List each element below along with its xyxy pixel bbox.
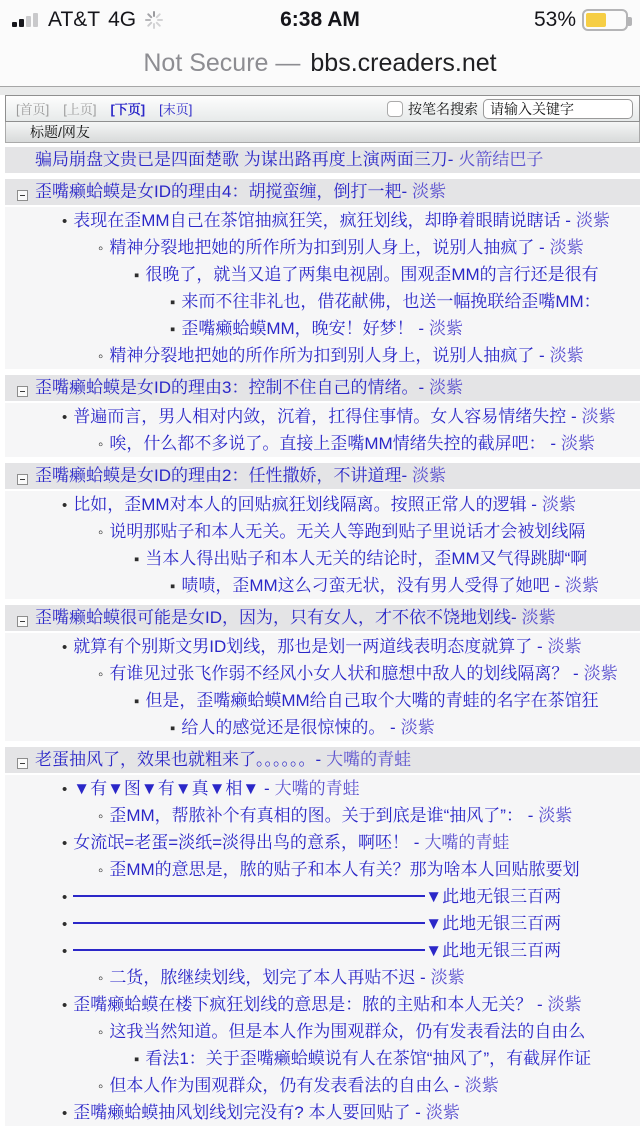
author-link[interactable]: 淡紫 [542, 495, 576, 514]
reply-row[interactable]: ◦精神分裂地把她的所作所为扣到别人身上，说别人抽疯了 -淡紫 [5, 234, 640, 261]
author-link[interactable]: 淡紫 [561, 434, 595, 453]
author-link[interactable]: 大嘴的青蛙 [275, 779, 360, 798]
post-link[interactable]: 普遍而言，男人相对内敛，沉着，扛得住事情。女人容易情绪失控 - [73, 407, 576, 426]
post-link[interactable]: 啧啧，歪MM这么刁蛮无状，没有男人受得了她吧 - [181, 576, 560, 595]
post-link[interactable]: 这我当然知道。但是本人作为围观群众，仍有发表看法的自由么 [109, 1022, 585, 1041]
section-row[interactable]: 歪嘴癞蛤蟆是女ID的理由4：胡搅蛮缠，倒打一耙-淡紫 [5, 179, 640, 205]
post-link[interactable]: 歪嘴癞蛤蟆MM，晚安！好梦！ - [181, 319, 424, 338]
post-link[interactable]: 看法1：关于歪嘴癞蛤蟆说有人在茶馆“抽风了”，有截屏作证 [145, 1049, 591, 1068]
post-link[interactable]: 歪嘴癞蛤蟆抽风划线划完没有? 本人要回贴了 - [73, 1103, 421, 1122]
author-link[interactable]: 淡紫 [429, 319, 463, 338]
battery-fill [586, 13, 606, 27]
author-link[interactable]: 淡紫 [465, 1076, 499, 1095]
reply-row[interactable]: ▪来而不往非礼也，借花献佛，也送一幅挽联给歪嘴MM： [5, 288, 640, 315]
post-link[interactable]: 很晚了，就当又追了两集电视剧。围观歪MM的言行还是很有 [145, 265, 598, 284]
bullet-icon: ▪ [170, 573, 175, 599]
post-link[interactable]: 但是，歪嘴癞蛤蟆MM给自己取个大嘴的青蛙的名字在茶馆狂 [145, 691, 598, 710]
bullet-icon: ▪ [134, 688, 139, 714]
bullet-icon: ▪ [170, 715, 175, 741]
address-bar[interactable]: Not Secure — bbs.creaders.net [0, 40, 640, 86]
author-link[interactable]: 大嘴的青蛙 [326, 750, 411, 769]
bullet-icon: • [62, 830, 67, 856]
author-link[interactable]: 大嘴的青蛙 [424, 833, 509, 852]
signal-bar [33, 13, 38, 27]
reply-row[interactable]: •▼有▼图▼有▼真▼相▼ -大嘴的青蛙 [5, 775, 640, 802]
author-link[interactable]: 淡紫 [582, 407, 616, 426]
author-link[interactable]: 淡紫 [426, 1103, 460, 1122]
author-link[interactable]: 淡紫 [538, 806, 572, 825]
post-link[interactable]: 老蛋抽风了，效果也就粗来了。。。。。。- [35, 750, 321, 769]
post-link[interactable]: 来而不往非礼也，借花献佛，也送一幅挽联给歪嘴MM： [181, 292, 600, 311]
reply-row[interactable]: ◦歪MM的意思是，脓的贴子和本人有关？那为啥本人回贴脓要划 [5, 856, 640, 883]
reply-row[interactable]: ◦有谁见过张飞作弱不经风小女人状和臆想中敌人的划线隔离？ -淡紫 [5, 660, 640, 687]
bullet-icon: • [62, 492, 67, 518]
section-row[interactable]: 歪嘴癞蛤蟆是女ID的理由2：任性撒娇，不讲道理-淡紫 [5, 463, 640, 489]
author-link[interactable]: 淡紫 [548, 637, 582, 656]
bullet-icon: • [62, 911, 67, 937]
bullet-icon: ◦ [98, 431, 103, 457]
bullet-icon: ▪ [170, 289, 175, 315]
post-link[interactable]: 歪MM，帮脓补个有真相的图。关于到底是谁“抽风了”： - [109, 806, 533, 825]
reply-row[interactable]: ▪歪嘴癞蛤蟆MM，晚安！好梦！ -淡紫 [5, 315, 640, 342]
bullet-icon: ▪ [134, 1046, 139, 1072]
reply-row[interactable]: •就算有个别斯文男ID划线，那也是划一两道线表明态度就算了 -淡紫 [5, 633, 640, 660]
signal-strength-icon [12, 13, 38, 27]
post-link[interactable]: ▼此地无银三百两 [425, 887, 561, 906]
author-link[interactable]: 火箭结巴子 [458, 150, 543, 169]
reply-row[interactable]: ▪很晚了，就当又追了两集电视剧。围观歪MM的言行还是很有 [5, 261, 640, 288]
bullet-icon: ▪ [134, 546, 139, 572]
reply-row[interactable]: •普遍而言，男人相对内敛，沉着，扛得住事情。女人容易情绪失控 -淡紫 [5, 403, 640, 430]
author-link[interactable]: 淡紫 [429, 378, 463, 397]
reply-row[interactable]: •女流氓=老蛋=淡纸=淡得出鸟的意系，啊呸！ -大嘴的青蛙 [5, 829, 640, 856]
bullet-icon: ◦ [98, 1019, 103, 1045]
post-link[interactable]: 二货，脓继续划线，划完了本人再贴不迟 - [109, 968, 425, 987]
bullet-icon: • [62, 938, 67, 964]
status-bar: AT&T 4G 6:38 AM 53% [0, 0, 640, 40]
forum-toolbar: [首页][上页][下页][末页] 按笔名搜索 [5, 95, 640, 122]
post-link[interactable]: 就算有个别斯文男ID划线，那也是划一两道线表明态度就算了 - [73, 637, 542, 656]
bullet-icon: ▪ [134, 262, 139, 288]
divider-row[interactable]: •▼此地无银三百两 [5, 910, 640, 937]
bullet-icon: ◦ [98, 965, 103, 991]
reply-row[interactable]: ▪当本人得出贴子和本人无关的结论时，歪MM又气得跳脚“啊 [5, 545, 640, 572]
post-link[interactable]: 比如，歪MM对本人的回贴疯狂划线隔离。按照正常人的逻辑 - [73, 495, 537, 514]
battery-nub [628, 17, 632, 26]
bullet-icon: ◦ [98, 235, 103, 261]
bullet-icon: ◦ [98, 661, 103, 687]
post-link[interactable]: ▼此地无银三百两 [425, 941, 561, 960]
author-link[interactable]: 淡紫 [401, 718, 435, 737]
reply-row[interactable]: ◦唉，什么都不多说了。直接上歪嘴MM情绪失控的截屏吧： -淡紫 [5, 430, 640, 457]
author-link[interactable]: 淡紫 [412, 182, 446, 201]
collapse-icon[interactable] [17, 190, 28, 201]
reply-row[interactable]: ◦精神分裂地把她的所作所为扣到别人身上，说别人抽疯了 -淡紫 [5, 342, 640, 369]
bullet-icon: ◦ [98, 857, 103, 883]
post-link[interactable]: 歪嘴癞蛤蟆是女ID的理由4：胡搅蛮缠，倒打一耙- [35, 182, 407, 201]
post-link[interactable]: 给人的感觉还是很惊悚的。 - [181, 718, 395, 737]
reply-row[interactable]: ◦二货，脓继续划线，划完了本人再贴不迟 -淡紫 [5, 964, 640, 991]
post-link[interactable]: 骗局崩盘文贵已是四面楚歌 为谋出路再度上演两面三刀- [35, 150, 453, 169]
collapse-icon[interactable] [17, 616, 28, 627]
reply-row[interactable]: ▪但是，歪嘴癞蛤蟆MM给自己取个大嘴的青蛙的名字在茶馆狂 [5, 687, 640, 714]
divider-row[interactable]: •▼此地无银三百两 [5, 883, 640, 910]
bullet-icon: ◦ [98, 1073, 103, 1099]
divider-row[interactable]: •▼此地无银三百两 [5, 937, 640, 964]
author-link[interactable]: 淡紫 [550, 238, 584, 257]
pagination-nav: [首页][上页][下页][末页] [12, 99, 192, 118]
nav-link-last[interactable]: [末页] [159, 99, 192, 118]
bullet-icon: • [62, 884, 67, 910]
bullet-icon: • [62, 404, 67, 430]
list-column-header: 标题/网友 [5, 122, 640, 143]
signal-bar [12, 22, 17, 27]
reply-row[interactable]: •比如，歪MM对本人的回贴疯狂划线隔离。按照正常人的逻辑 -淡紫 [5, 491, 640, 518]
bullet-icon: • [62, 1100, 67, 1126]
post-link[interactable]: 当本人得出贴子和本人无关的结论时，歪MM又气得跳脚“啊 [145, 549, 587, 568]
post-link[interactable]: ▼此地无银三百两 [425, 914, 561, 933]
reply-row[interactable]: ◦说明那贴子和本人无关。无关人等跑到贴子里说话才会被划线隔 [5, 518, 640, 545]
carrier-label: AT&T [48, 8, 100, 32]
bullet-icon: • [62, 992, 67, 1018]
post-link[interactable]: 歪嘴癞蛤蟆很可能是女ID，因为，只有女人，才不依不饶地划线- [35, 608, 517, 627]
author-link[interactable]: 淡紫 [431, 968, 465, 987]
collapse-icon[interactable] [17, 386, 28, 397]
post-link[interactable]: 歪嘴癞蛤蟆在楼下疯狂划线的意思是：脓的主贴和本人无关？ - [73, 995, 542, 1014]
site-domain: bbs.creaders.net [310, 49, 496, 78]
post-link[interactable]: 有谁见过张飞作弱不经风小女人状和臆想中敌人的划线隔离？ - [109, 664, 578, 683]
reply-row[interactable]: ▪啧啧，歪MM这么刁蛮无状，没有男人受得了她吧 -淡紫 [5, 572, 640, 599]
nav-link-next[interactable]: [下页] [110, 99, 145, 118]
post-link[interactable]: 精神分裂地把她的所作所为扣到别人身上，说别人抽疯了 - [109, 346, 544, 365]
post-link[interactable]: 精神分裂地把她的所作所为扣到别人身上，说别人抽疯了 - [109, 238, 544, 257]
search-by-name-checkbox[interactable] [387, 101, 403, 117]
battery-percent: 53% [534, 8, 576, 32]
author-link[interactable]: 淡紫 [548, 995, 582, 1014]
loading-spinner-icon [144, 10, 164, 30]
search-keyword-input[interactable] [483, 99, 633, 119]
bullet-icon: • [62, 776, 67, 802]
not-secure-label: Not Secure — [143, 49, 300, 78]
reply-row[interactable]: ◦这我当然知道。但是本人作为围观群众，仍有发表看法的自由么 [5, 1018, 640, 1045]
post-link[interactable]: 但本人作为围观群众，仍有发表看法的自由么 - [109, 1076, 459, 1095]
section-row[interactable]: 歪嘴癞蛤蟆很可能是女ID，因为，只有女人，才不依不饶地划线-淡紫 [5, 605, 640, 631]
bullet-icon: ▪ [170, 316, 175, 342]
author-link[interactable]: 淡紫 [565, 576, 599, 595]
bullet-icon: ◦ [98, 519, 103, 545]
reply-row[interactable]: •表现在歪MM自己在茶馆抽疯狂笑，疯狂划线，却睁着眼睛说瞎话 -淡紫 [5, 207, 640, 234]
bullet-icon: • [62, 634, 67, 660]
nav-link-prev[interactable]: [上页] [63, 99, 96, 118]
post-link[interactable]: 表现在歪MM自己在茶馆抽疯狂笑，疯狂划线，却睁着眼睛说瞎话 - [73, 211, 571, 230]
post-link[interactable]: ▼有▼图▼有▼真▼相▼ - [73, 779, 269, 798]
dash-line [73, 949, 425, 951]
browser-chrome: AT&T 4G 6:38 AM 53% Not Secure — bbs.cre… [0, 0, 640, 87]
author-link[interactable]: 淡紫 [550, 346, 584, 365]
bullet-icon: ◦ [98, 343, 103, 369]
thread-list: 骗局崩盘文贵已是四面楚歌 为谋出路再度上演两面三刀-火箭结巴子歪嘴癞蛤蟆是女ID… [5, 147, 640, 1126]
page-top-strip [0, 87, 640, 95]
collapse-icon[interactable] [17, 474, 28, 485]
collapse-icon[interactable] [17, 758, 28, 769]
post-link[interactable]: 歪MM的意思是，脓的贴子和本人有关？那为啥本人回贴脓要划 [109, 860, 579, 879]
reply-row[interactable]: ▪给人的感觉还是很惊悚的。 -淡紫 [5, 714, 640, 741]
author-link[interactable]: 淡紫 [576, 211, 610, 230]
reply-row[interactable]: ▪看法1：关于歪嘴癞蛤蟆说有人在茶馆“抽风了”，有截屏作证 [5, 1045, 640, 1072]
signal-bar [19, 19, 24, 27]
network-type-label: 4G [108, 8, 136, 32]
post-link[interactable]: 唉，什么都不多说了。直接上歪嘴MM情绪失控的截屏吧： - [109, 434, 556, 453]
reply-row[interactable]: •歪嘴癞蛤蟆在楼下疯狂划线的意思是：脓的主贴和本人无关？ -淡紫 [5, 991, 640, 1018]
bullet-icon: ◦ [98, 803, 103, 829]
dash-line [73, 922, 425, 924]
section-row[interactable]: 老蛋抽风了，效果也就粗来了。。。。。。-大嘴的青蛙 [5, 747, 640, 773]
post-link[interactable]: 歪嘴癞蛤蟆是女ID的理由3：控制不住自己的情绪。- [35, 378, 424, 397]
reply-row[interactable]: ◦歪MM，帮脓补个有真相的图。关于到底是谁“抽风了”： -淡紫 [5, 802, 640, 829]
battery-icon [582, 9, 628, 31]
post-link[interactable]: 说明那贴子和本人无关。无关人等跑到贴子里说话才会被划线隔 [109, 522, 585, 541]
post-link[interactable]: 歪嘴癞蛤蟆是女ID的理由2：任性撒娇，不讲道理- [35, 466, 407, 485]
thread-row[interactable]: 骗局崩盘文贵已是四面楚歌 为谋出路再度上演两面三刀-火箭结巴子 [5, 147, 640, 173]
bullet-icon: • [62, 208, 67, 234]
post-link[interactable]: 女流氓=老蛋=淡纸=淡得出鸟的意系，啊呸！ - [73, 833, 419, 852]
dash-line [73, 895, 425, 897]
search-checkbox-label: 按笔名搜索 [408, 99, 478, 119]
signal-bar [26, 16, 31, 27]
nav-link-first[interactable]: [首页] [16, 99, 49, 118]
section-row[interactable]: 歪嘴癞蛤蟆是女ID的理由3：控制不住自己的情绪。-淡紫 [5, 375, 640, 401]
reply-row[interactable]: •歪嘴癞蛤蟆抽风划线划完没有? 本人要回贴了 -淡紫 [5, 1099, 640, 1126]
reply-row[interactable]: ◦但本人作为围观群众，仍有发表看法的自由么 -淡紫 [5, 1072, 640, 1099]
author-link[interactable]: 淡紫 [412, 466, 446, 485]
author-link[interactable]: 淡紫 [584, 664, 618, 683]
author-link[interactable]: 淡紫 [522, 608, 556, 627]
